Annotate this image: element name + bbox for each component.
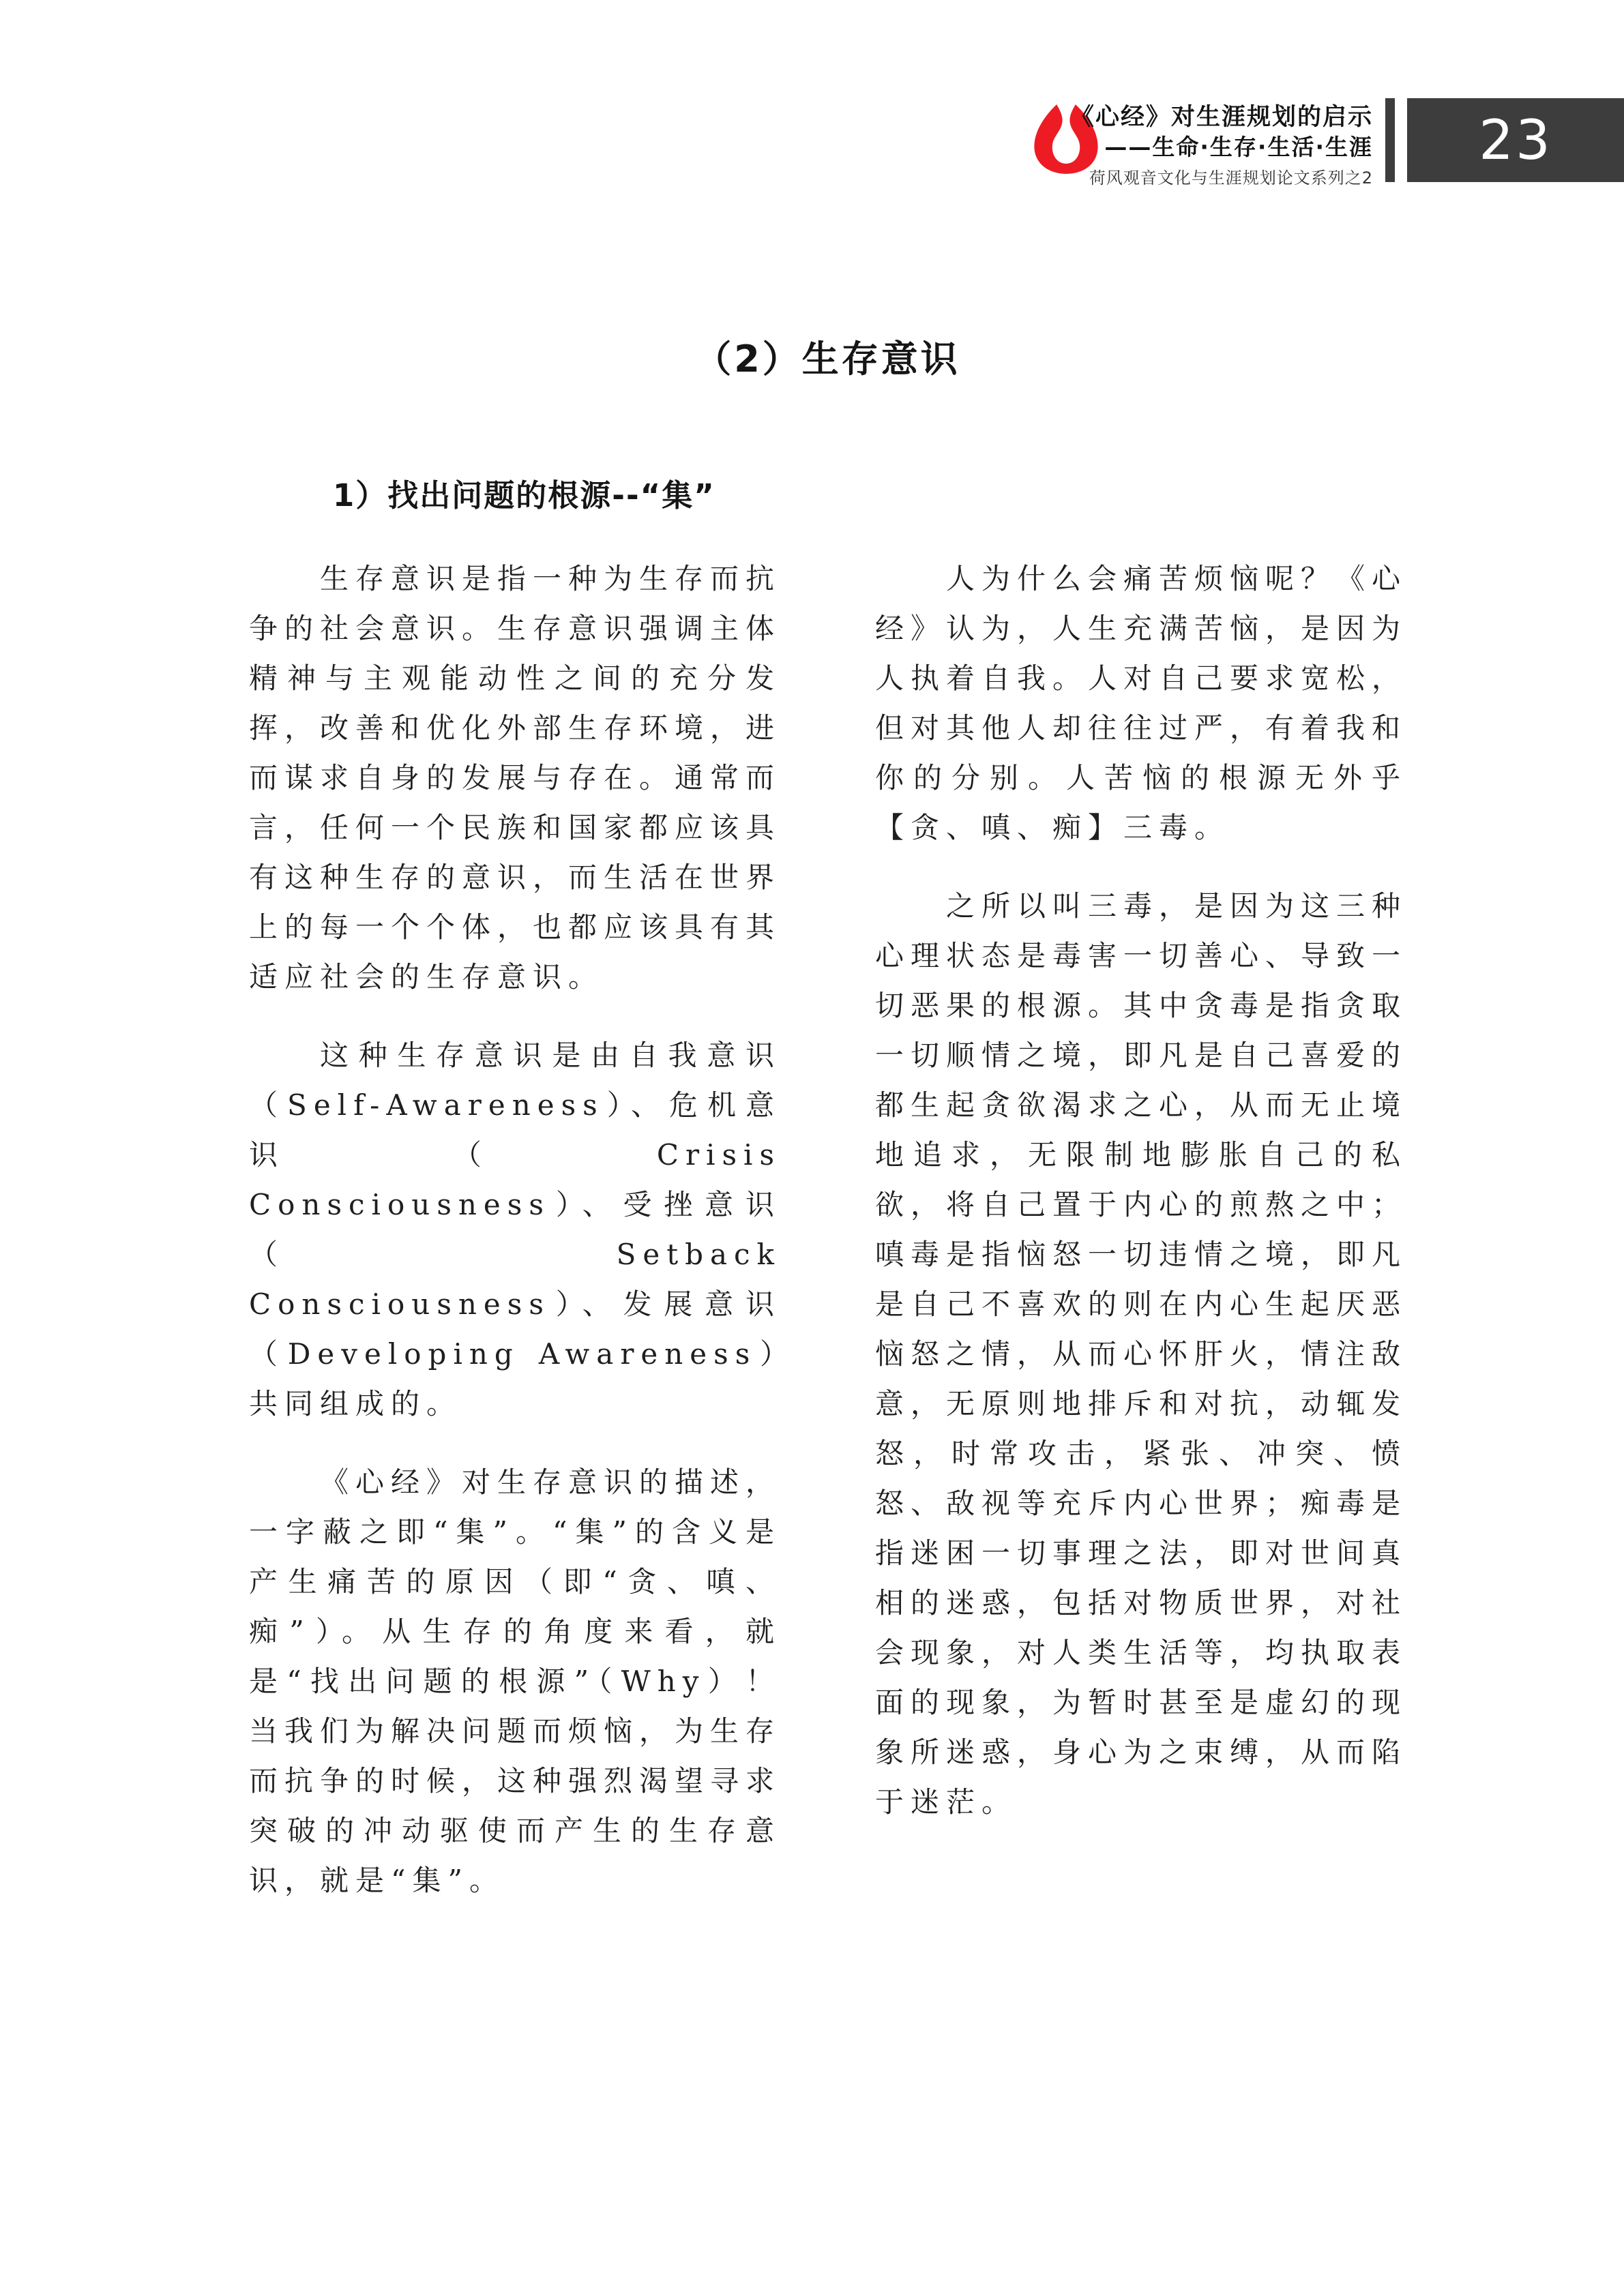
- paragraph: 人为什么会痛苦烦恼呢？《心经》认为，人生充满苦恼，是因为人执着自我。人对自己要求…: [875, 554, 1407, 852]
- header-series-line: 荷风观音文化与生涯规划论文系列之2: [1070, 168, 1373, 188]
- left-column: 生存意识是指一种为生存而抗争的社会意识。生存意识强调主体精神与主观能动性之间的充…: [249, 554, 781, 1905]
- right-column: 人为什么会痛苦烦恼呢？《心经》认为，人生充满苦恼，是因为人执着自我。人对自己要求…: [875, 554, 1407, 1905]
- body-columns: 生存意识是指一种为生存而抗争的社会意识。生存意识强调主体精神与主观能动性之间的充…: [249, 554, 1407, 1905]
- paragraph: 这种生存意识是由自我意识（Self-Awareness）、危机意识（Crisis…: [249, 1030, 781, 1429]
- section-subtitle: 1）找出问题的根源--“集”: [333, 471, 715, 515]
- section-title: （2）生存意识: [246, 330, 1409, 383]
- header-divider-bar: [1385, 98, 1395, 182]
- page-number: 23: [1479, 113, 1552, 168]
- document-page: 《心经》对生涯规划的启示 ——生命·生存·生活·生涯 荷风观音文化与生涯规划论文…: [0, 0, 1624, 2296]
- paragraph: 《心经》对生存意识的描述，一字蔽之即“集”。“集”的含义是产生痛苦的原因（即“贪…: [249, 1457, 781, 1905]
- header-text-block: 《心经》对生涯规划的启示 ——生命·生存·生活·生涯 荷风观音文化与生涯规划论文…: [1070, 102, 1373, 188]
- header-subtitle: ——生命·生存·生活·生涯: [1070, 133, 1373, 162]
- page-number-box: 23: [1407, 98, 1624, 182]
- paragraph: 生存意识是指一种为生存而抗争的社会意识。生存意识强调主体精神与主观能动性之间的充…: [249, 554, 781, 1002]
- paragraph: 之所以叫三毒，是因为这三种心理状态是毒害一切善心、导致一切恶果的根源。其中贪毒是…: [875, 881, 1407, 1827]
- header-title: 《心经》对生涯规划的启示: [1070, 102, 1373, 133]
